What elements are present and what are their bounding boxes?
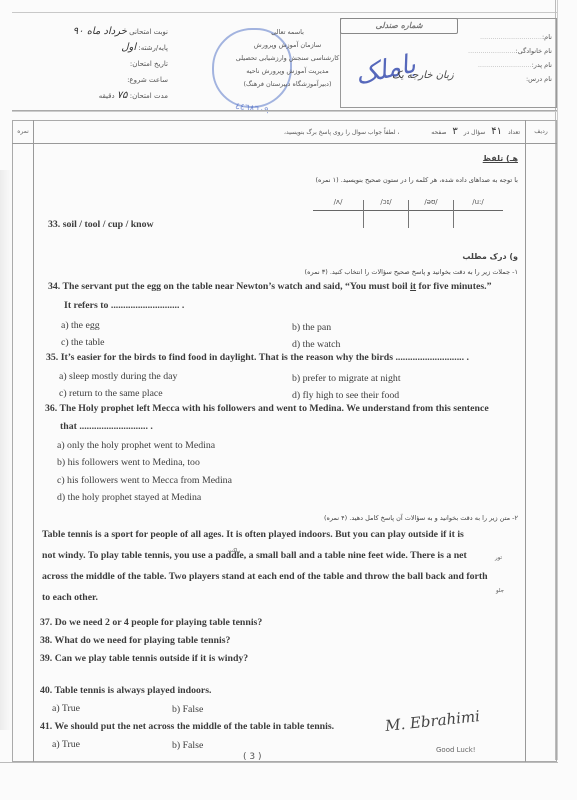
question-34-stem: 34. The servant put the egg on the table…	[48, 281, 492, 292]
q34-text-pre: 34. The servant put the egg on the table…	[48, 281, 410, 292]
grade-field: پایه/رشته: اول	[58, 40, 168, 56]
exam-date-field: تاریخ امتحان:	[58, 56, 168, 72]
pages-label: صفحه	[431, 129, 446, 136]
exam-date-label: تاریخ امتحان:	[130, 60, 168, 68]
score-column-divider	[33, 120, 34, 762]
grade-label: پایه/رشته:	[138, 44, 168, 52]
answer-note: ، لطفاً جواب سوال را روی پاسخ برگ بنویسی…	[284, 129, 399, 136]
phoneme-table: /ʌ/ /ɔɪ/ /əʊ/ /u:/	[313, 196, 503, 228]
phoneme-col-2: /ɔɪ/	[366, 198, 406, 206]
phoneme-divider	[408, 200, 409, 228]
phoneme-col-1: /ʌ/	[318, 198, 358, 206]
passage-line-2: not windy. To play table tennis, you use…	[42, 545, 508, 566]
exam-term-field: نوبت امتحانی خرداد ماه ۹۰	[58, 24, 168, 40]
school-line: (دبیرآموزشگاه دبیرستان فرهنگ)	[215, 78, 360, 91]
part2-instruction: ۲- متن زیر را به دقت بخوانید و به سؤالات…	[200, 514, 518, 522]
bottom-rule	[0, 762, 558, 763]
course-field: نام درس:	[460, 72, 552, 86]
scan-shadow	[0, 170, 12, 730]
name-field: نام:..............................	[460, 30, 552, 44]
exam-term-value: خرداد ماه ۹۰	[73, 26, 127, 37]
basmala-line: باسمه تعالی	[215, 26, 360, 39]
grade-value: اول	[121, 42, 136, 53]
section-h-instruction: با توجه به صداهای داده شده، هر کلمه را د…	[200, 176, 518, 184]
question-40: 40. Table tennis is always played indoor…	[40, 685, 212, 696]
section-h-title: هـ) تلفظ	[440, 154, 518, 163]
q35-option-c: c) return to the same place	[59, 388, 163, 399]
q36-option-d: d) the holy prophet stayed at Medina	[57, 492, 201, 503]
exam-term-label: نوبت امتحانی	[129, 28, 168, 36]
question-39: 39. Can we play table tennis outside if …	[40, 653, 248, 664]
page-count: ۳	[452, 126, 457, 137]
row-column-header: ردیف	[527, 128, 555, 135]
duration-label: مدت امتحان:	[130, 92, 168, 100]
q36-option-c: c) his followers went to Mecca from Medi…	[57, 475, 232, 486]
phoneme-divider	[363, 200, 364, 228]
district-line: مدیریت آموزش وپرورش ناحیه	[215, 65, 360, 78]
q35-option-b: b) prefer to migrate at night	[292, 373, 401, 384]
gloss-paddle: راکت	[228, 548, 240, 554]
question-38: 38. What do we need for playing table te…	[40, 635, 230, 646]
top-rule	[12, 12, 557, 13]
duration-field: مدت امتحان: ۷۵ دقیقه	[58, 88, 168, 104]
start-time-field: ساعت شروع:	[58, 72, 168, 88]
question-36-line2: that ............................ .	[60, 421, 153, 432]
dept-line: کارشناسی سنجش وارزشیابی تحصیلی	[215, 52, 360, 65]
q41-option-true: a) True	[52, 739, 80, 750]
student-fields: نام:.............................. نام خ…	[460, 30, 552, 86]
family-name-field: نام خانوادگی:.......................	[460, 44, 552, 58]
passage-line-1: Table tennis is a sport for people of al…	[42, 524, 508, 545]
part1-instruction: ۱- جملات زیر را به دقت بخوانید و پاسخ صح…	[200, 268, 518, 276]
course-value: زبان خارجه یک	[392, 70, 454, 81]
page-number: ( 3 )	[243, 752, 261, 762]
question-41: 41. We should put the net across the mid…	[40, 721, 334, 732]
q36-option-b: b) his followers went to Medina, too	[57, 457, 200, 468]
header-divider	[12, 110, 557, 112]
count-label: تعداد	[508, 129, 520, 136]
section-v-title: و) درک مطلب	[430, 252, 518, 261]
row-column-divider	[525, 120, 526, 762]
family-name-label: نام خانوادگی:	[516, 47, 552, 55]
gloss-net: تور	[495, 555, 502, 561]
exam-page: نوبت امتحانی خرداد ماه ۹۰ پایه/رشته: اول…	[0, 0, 577, 800]
question-33: 33. soil / tool / cup / know	[48, 219, 154, 230]
q35-option-a: a) sleep mostly during the day	[59, 371, 177, 382]
duration-value: ۷۵	[117, 90, 128, 101]
q41-option-false: b) False	[172, 740, 203, 751]
exam-info-fields: نوبت امتحانی خرداد ماه ۹۰ پایه/رشته: اول…	[58, 24, 168, 104]
start-time-label: ساعت شروع:	[127, 76, 168, 84]
score-column-header: نمره	[14, 128, 32, 135]
father-name-field: نام پدر:..........................	[460, 58, 552, 72]
q34-option-d: d) the watch	[292, 339, 340, 350]
good-luck-text: Good Luck!	[436, 746, 476, 754]
question-36-stem: 36. The Holy prophet left Mecca with his…	[45, 403, 489, 414]
passage-line-4: to each other.	[42, 587, 508, 608]
phoneme-divider	[453, 200, 454, 228]
question-35-stem: 35. It’s easier for the birds to find fo…	[46, 352, 469, 363]
q34-text-post: for five minutes.”	[416, 281, 491, 292]
questions-in-label: سؤال در	[464, 129, 486, 136]
table-header-divider	[12, 143, 557, 144]
question-37: 37. Do we need 2 or 4 people for playing…	[40, 617, 262, 628]
course-label: نام درس:	[526, 75, 552, 83]
duration-unit: دقیقه	[99, 92, 115, 100]
reading-passage: Table tennis is a sport for people of al…	[42, 524, 508, 608]
q35-option-d: d) fly high to see their food	[292, 390, 399, 401]
seat-number-box: شماره صندلی	[340, 18, 458, 34]
table-header-info: تعداد ۴۱ سؤال در ۳ صفحه ، لطفاً جواب سوا…	[200, 126, 520, 137]
q36-option-a: a) only the holy prophet went to Medina	[57, 440, 215, 451]
name-label: نام:	[542, 33, 552, 41]
gloss-forth: جلو	[496, 588, 504, 594]
q34-option-c: c) the table	[61, 337, 105, 348]
q40-option-true: a) True	[52, 703, 80, 714]
question-34-line2: It refers to ...........................…	[64, 300, 184, 311]
phoneme-col-3: /əʊ/	[411, 198, 451, 206]
father-name-label: نام پدر:	[532, 61, 552, 69]
q34-option-b: b) the pan	[292, 322, 331, 333]
org-line: سازمان آموزش وپرورش	[215, 39, 360, 52]
institution-header: باسمه تعالی سازمان آموزش وپرورش کارشناسی…	[215, 26, 360, 91]
passage-line-3: across the middle of the table. Two play…	[42, 566, 508, 587]
q40-option-false: b) False	[172, 704, 203, 715]
phoneme-col-4: /u:/	[458, 198, 498, 206]
q34-option-a: a) the egg	[61, 320, 100, 331]
question-count: ۴۱	[491, 126, 502, 137]
